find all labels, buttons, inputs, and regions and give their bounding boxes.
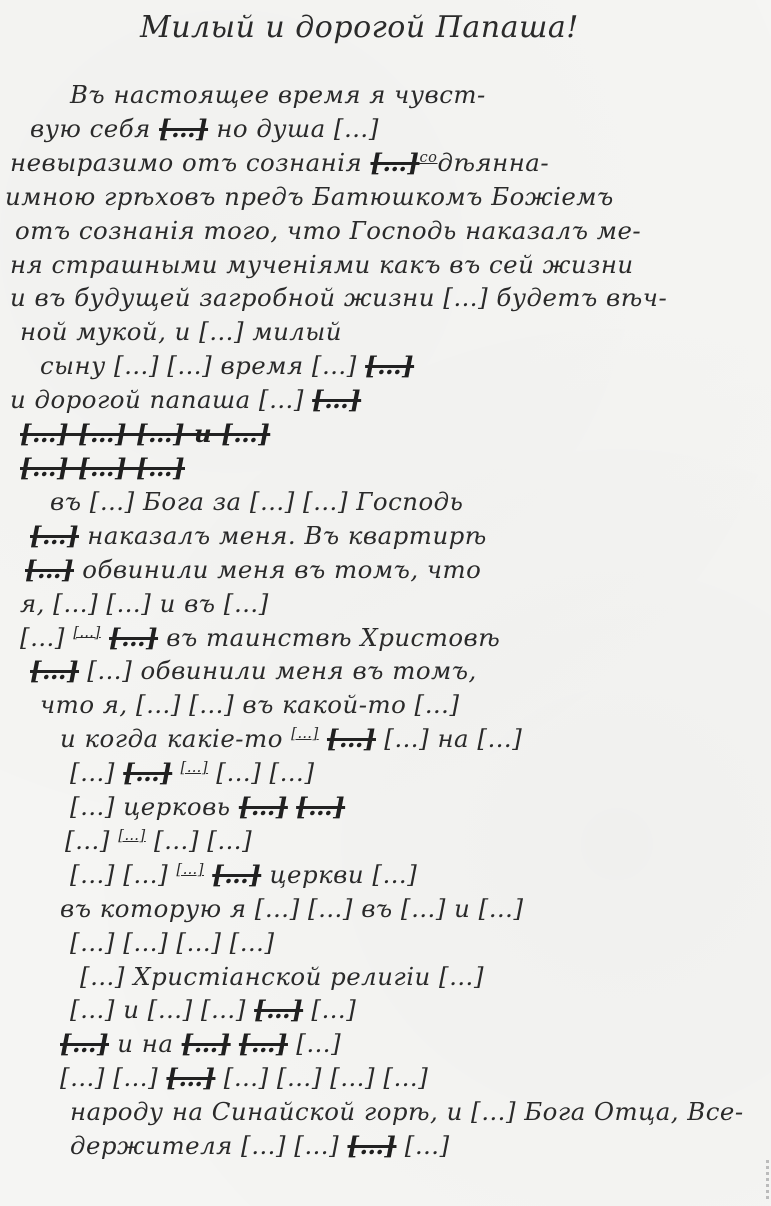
line-text: но душа […] <box>208 114 379 143</box>
line-text: […] […] <box>208 758 314 787</box>
interlinear-insertion: […] <box>176 861 204 878</box>
struck-text: […] <box>296 792 345 821</box>
interlinear-insertion: […] <box>118 827 146 844</box>
manuscript-line: отъ сознанія того, что Господь наказалъ … <box>15 216 771 245</box>
line-text: невыразимо отъ сознанія <box>10 148 370 177</box>
line-text: я, […] […] и въ […] <box>20 589 269 618</box>
manuscript-line: […] обвинили меня въ томъ, что <box>25 555 771 584</box>
line-text: и на <box>109 1029 182 1058</box>
struck-text: […] <box>60 1029 109 1058</box>
line-text <box>101 623 109 652</box>
manuscript-line: я, […] […] и въ […] <box>20 589 771 618</box>
manuscript-line: что я, […] […] въ какой-то […] <box>40 690 771 719</box>
line-text: […] на […] <box>376 724 522 753</box>
line-text: […] […] […] […] <box>70 928 275 957</box>
salutation: Милый и дорогой Папаша! <box>140 10 579 45</box>
line-text: вую себя <box>30 114 159 143</box>
line-text: въ […] Бога за […] […] Господь <box>50 487 463 516</box>
line-text: обвинили меня въ томъ, что <box>74 555 481 584</box>
manuscript-line: Въ настоящее время я чувст- <box>70 80 771 109</box>
line-text: и въ будущей загробной жизни […] будетъ … <box>10 283 667 312</box>
line-text: и когда какіе-то <box>60 724 291 753</box>
line-text: […] обвинили меня въ томъ, <box>79 656 477 685</box>
struck-text: […] <box>312 385 361 414</box>
manuscript-page: Милый и дорогой Папаша! Въ настоящее вре… <box>0 0 771 1206</box>
line-text: что я, […] […] въ какой-то […] <box>40 690 460 719</box>
line-text: въ которую я […] […] въ […] и […] <box>60 894 524 923</box>
manuscript-line: […] […] […] въ таинствѣ Христовѣ <box>20 623 771 652</box>
line-text: сыну […] […] время […] <box>40 351 365 380</box>
line-text: наказалъ меня. Въ квартирѣ <box>79 521 487 550</box>
manuscript-line: ной мукой, и […] милый <box>20 317 771 346</box>
manuscript-line: имною грѣховъ предъ Батюшкомъ Божіемъ <box>5 182 771 211</box>
manuscript-line: […] церковь […] […] <box>70 792 771 821</box>
manuscript-line: […] Христіанской религіи […] <box>80 962 771 991</box>
interlinear-insertion: […] <box>291 725 319 742</box>
line-text: […] […] […] […] <box>215 1063 428 1092</box>
struck-text: […] […] […] <box>20 453 185 482</box>
line-text: […] <box>303 995 356 1024</box>
manuscript-line: и дорогой папаша […] […] <box>10 385 771 414</box>
manuscript-line: […] наказалъ меня. Въ квартирѣ <box>30 521 771 550</box>
manuscript-line: […] […] […] […] церкви […] <box>70 860 771 889</box>
interlinear-insertion: […] <box>181 759 209 776</box>
manuscript-line: […] […] обвинили меня въ томъ, <box>30 656 771 685</box>
line-text: держителя […] […] <box>70 1131 347 1160</box>
manuscript-line: сыну […] […] время […] […] <box>40 351 771 380</box>
line-text: въ таинствѣ Христовѣ <box>158 623 500 652</box>
manuscript-line: невыразимо отъ сознанія […]содѣянна- <box>10 148 771 177</box>
line-text <box>319 724 327 753</box>
line-text: имною грѣховъ предъ Батюшкомъ Божіемъ <box>5 182 614 211</box>
struck-text: […] <box>30 656 79 685</box>
line-text: ня страшными мученіями какъ въ сей жизни <box>10 250 634 279</box>
manuscript-line: […] […] […] […] <box>65 826 771 855</box>
line-text: […] […] <box>60 1063 166 1092</box>
line-text: ной мукой, и […] милый <box>20 317 342 346</box>
line-text: церкви […] <box>261 860 417 889</box>
line-text <box>204 860 212 889</box>
manuscript-line: […] и на […] […] […] <box>60 1029 771 1058</box>
line-text: отъ сознанія того, что Господь наказалъ … <box>15 216 641 245</box>
struck-text: […] <box>159 114 208 143</box>
line-text: […] Христіанской религіи […] <box>80 962 484 991</box>
struck-text: […] <box>327 724 376 753</box>
line-text <box>288 792 296 821</box>
manuscript-line: народу на Синайской горѣ, и […] Бога Отц… <box>70 1097 771 1126</box>
manuscript-line: вую себя […] но душа […] <box>30 114 771 143</box>
struck-text: […] <box>109 623 158 652</box>
struck-text: […] <box>239 792 288 821</box>
manuscript-line: въ […] Бога за […] […] Господь <box>50 487 771 516</box>
line-text: […] и […] […] <box>70 995 254 1024</box>
line-text: […] <box>20 623 73 652</box>
struck-text: […] <box>347 1131 396 1160</box>
struck-text: […] <box>182 1029 231 1058</box>
manuscript-line: […] […] […] […] […] […] […] <box>60 1063 771 1092</box>
manuscript-line: ня страшными мученіями какъ въ сей жизни <box>10 250 771 279</box>
struck-text: […] <box>30 521 79 550</box>
scan-edge-mark <box>766 1160 769 1200</box>
manuscript-line: […] […] […] <box>20 453 771 482</box>
struck-text: […] […] […] и […] <box>20 419 270 448</box>
struck-text: […] <box>212 860 261 889</box>
interlinear-insertion: со <box>419 149 437 166</box>
struck-text: […] <box>239 1029 288 1058</box>
struck-text: […] <box>166 1063 215 1092</box>
line-text <box>231 1029 239 1058</box>
line-text: и дорогой папаша […] <box>10 385 312 414</box>
line-text: […] <box>396 1131 449 1160</box>
line-text: […] <box>70 758 123 787</box>
struck-text: […] <box>254 995 303 1024</box>
struck-text: […] <box>370 148 419 177</box>
interlinear-insertion: […] <box>73 623 101 640</box>
struck-text: […] <box>25 555 74 584</box>
manuscript-line: […] […] […] […] <box>70 928 771 957</box>
line-text: […] […] <box>70 860 176 889</box>
manuscript-line: […] и […] […] […] […] <box>70 995 771 1024</box>
line-text: […] <box>288 1029 341 1058</box>
struck-text: […] <box>123 758 172 787</box>
manuscript-line: въ которую я […] […] въ […] и […] <box>60 894 771 923</box>
line-text: дѣянна- <box>437 148 549 177</box>
manuscript-line: […] […] […] […] […] <box>70 758 771 787</box>
struck-text: […] <box>365 351 414 380</box>
line-text: […] <box>65 826 118 855</box>
line-text: […] церковь <box>70 792 239 821</box>
manuscript-line: и когда какіе-то […] […] […] на […] <box>60 724 771 753</box>
line-text: […] […] <box>146 826 252 855</box>
manuscript-line: держителя […] […] […] […] <box>70 1131 771 1160</box>
line-text: народу на Синайской горѣ, и […] Бога Отц… <box>70 1097 744 1126</box>
salutation-text: Милый и дорогой Папаша! <box>140 10 579 45</box>
manuscript-line: и въ будущей загробной жизни […] будетъ … <box>10 283 771 312</box>
line-text: Въ настоящее время я чувст- <box>70 80 486 109</box>
manuscript-line: […] […] […] и […] <box>20 419 771 448</box>
line-text <box>172 758 180 787</box>
